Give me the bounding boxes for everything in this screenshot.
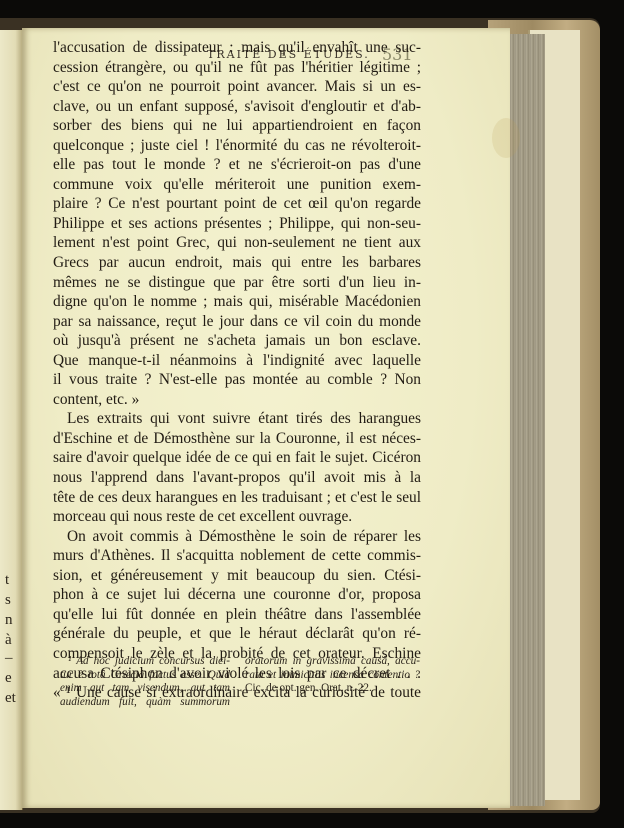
text-line: où jusqu'à présent ne s'acheta jamais un… xyxy=(53,331,421,351)
paragraph-start-line: Les extraits qui vont suivre étant tirés… xyxy=(53,409,421,429)
text-line: morceau qui nous reste de cet excellent … xyxy=(53,507,421,527)
edge-char: e xyxy=(5,670,12,687)
edge-char: t xyxy=(5,572,9,589)
text-line: elle pas tout le monde ? et ne s'écriero… xyxy=(53,155,421,175)
text-line: c'est ce qu'on ne pourroit point avancer… xyxy=(53,77,421,97)
text-line: saire d'avoir quelque idée de ce qui en … xyxy=(53,448,421,468)
footnote-line: enim aut tam visendum, aut tam xyxy=(60,682,230,696)
text-line: content, etc. » xyxy=(53,390,421,410)
text-line: commune voix qu'elle mériteroit une puni… xyxy=(53,175,421,195)
text-line: Que manque-t-il néanmoins à l'indignité … xyxy=(53,351,421,371)
edge-char: et xyxy=(5,690,16,707)
text-line: quelconque ; juste ciel ! l'énormité du … xyxy=(53,136,421,156)
text-line: sion, et généreusement y mit beaucoup du… xyxy=(53,566,421,586)
edge-char: à xyxy=(5,632,12,649)
text-line: il vous traite ? N'est-elle pas montée a… xyxy=(53,370,421,390)
edge-char: n xyxy=(5,612,13,629)
footnote-citation: Cic. de opt. gen. Orat. n. 22. xyxy=(245,682,420,696)
text-line: lement n'est point Grec, qui non-seuleme… xyxy=(53,233,421,253)
footnote-line: rata et inimicitiis incensa contentio ? xyxy=(245,669,420,683)
text-line: l'accusation de dissipateur : mais qu'il… xyxy=(53,38,421,58)
left-page-text-fragments: t s n à – e et xyxy=(0,30,22,810)
text-line: digne qu'on le nomme ; mais qui, misérab… xyxy=(53,292,421,312)
text-line: phon à ce sujet lui décerna une couronne… xyxy=(53,585,421,605)
footnote-left-column: ¹ Ad hoc judicium concursus dici- tur è … xyxy=(60,655,230,709)
body-text: l'accusation de dissipateur : mais qu'il… xyxy=(53,38,421,703)
edge-char: – xyxy=(5,650,13,667)
footnote-line: oratorum in gravissimâ causâ, accu- xyxy=(245,655,420,669)
text-line: Philippe et ses actions présentes ; Phil… xyxy=(53,214,421,234)
footnote-line: tur è totâ Græciâ factus esse. Quid xyxy=(60,669,230,683)
text-line: nous l'apprend dans l'avant-propos qu'il… xyxy=(53,468,421,488)
left-page-edge: t s n à – e et xyxy=(0,30,23,810)
footnote-line: audiendum fuit, quàm summorum xyxy=(60,696,230,710)
text-line: plaire ? Ce n'est pourtant point de cet … xyxy=(53,194,421,214)
text-line: générale du peuple, et que le héraut déc… xyxy=(53,624,421,644)
footnote-line: ¹ Ad hoc judicium concursus dici- xyxy=(60,655,230,669)
text-line: murs d'Athènes. Il s'acquitta noblement … xyxy=(53,546,421,566)
text-line: cession étrangère, ou qu'il ne fût pas l… xyxy=(53,58,421,78)
text-line: qu'elle lui fût donnée en plein théâtre … xyxy=(53,605,421,625)
text-line: clave, ou un enfant supposé, s'avisoit d… xyxy=(53,97,421,117)
text-line: mêmes ne se distingue que par être sorti… xyxy=(53,273,421,293)
text-line: sorber des biens qui ne lui appartiendro… xyxy=(53,116,421,136)
text-line: par sa naissance, reçut le jour dans ce … xyxy=(53,312,421,332)
edge-char: s xyxy=(5,592,11,609)
text-line: d'Eschine et de Démosthène sur la Couron… xyxy=(53,429,421,449)
paragraph-start-line: On avoit commis à Démosthène le soin de … xyxy=(53,527,421,547)
text-line: tête de ces deux harangues en les tradui… xyxy=(53,488,421,508)
paper-stain xyxy=(492,118,520,158)
text-line: Grecs par aucun endroit, mais qui entre … xyxy=(53,253,421,273)
footnote-right-column: oratorum in gravissimâ causâ, accu- rata… xyxy=(245,655,420,696)
